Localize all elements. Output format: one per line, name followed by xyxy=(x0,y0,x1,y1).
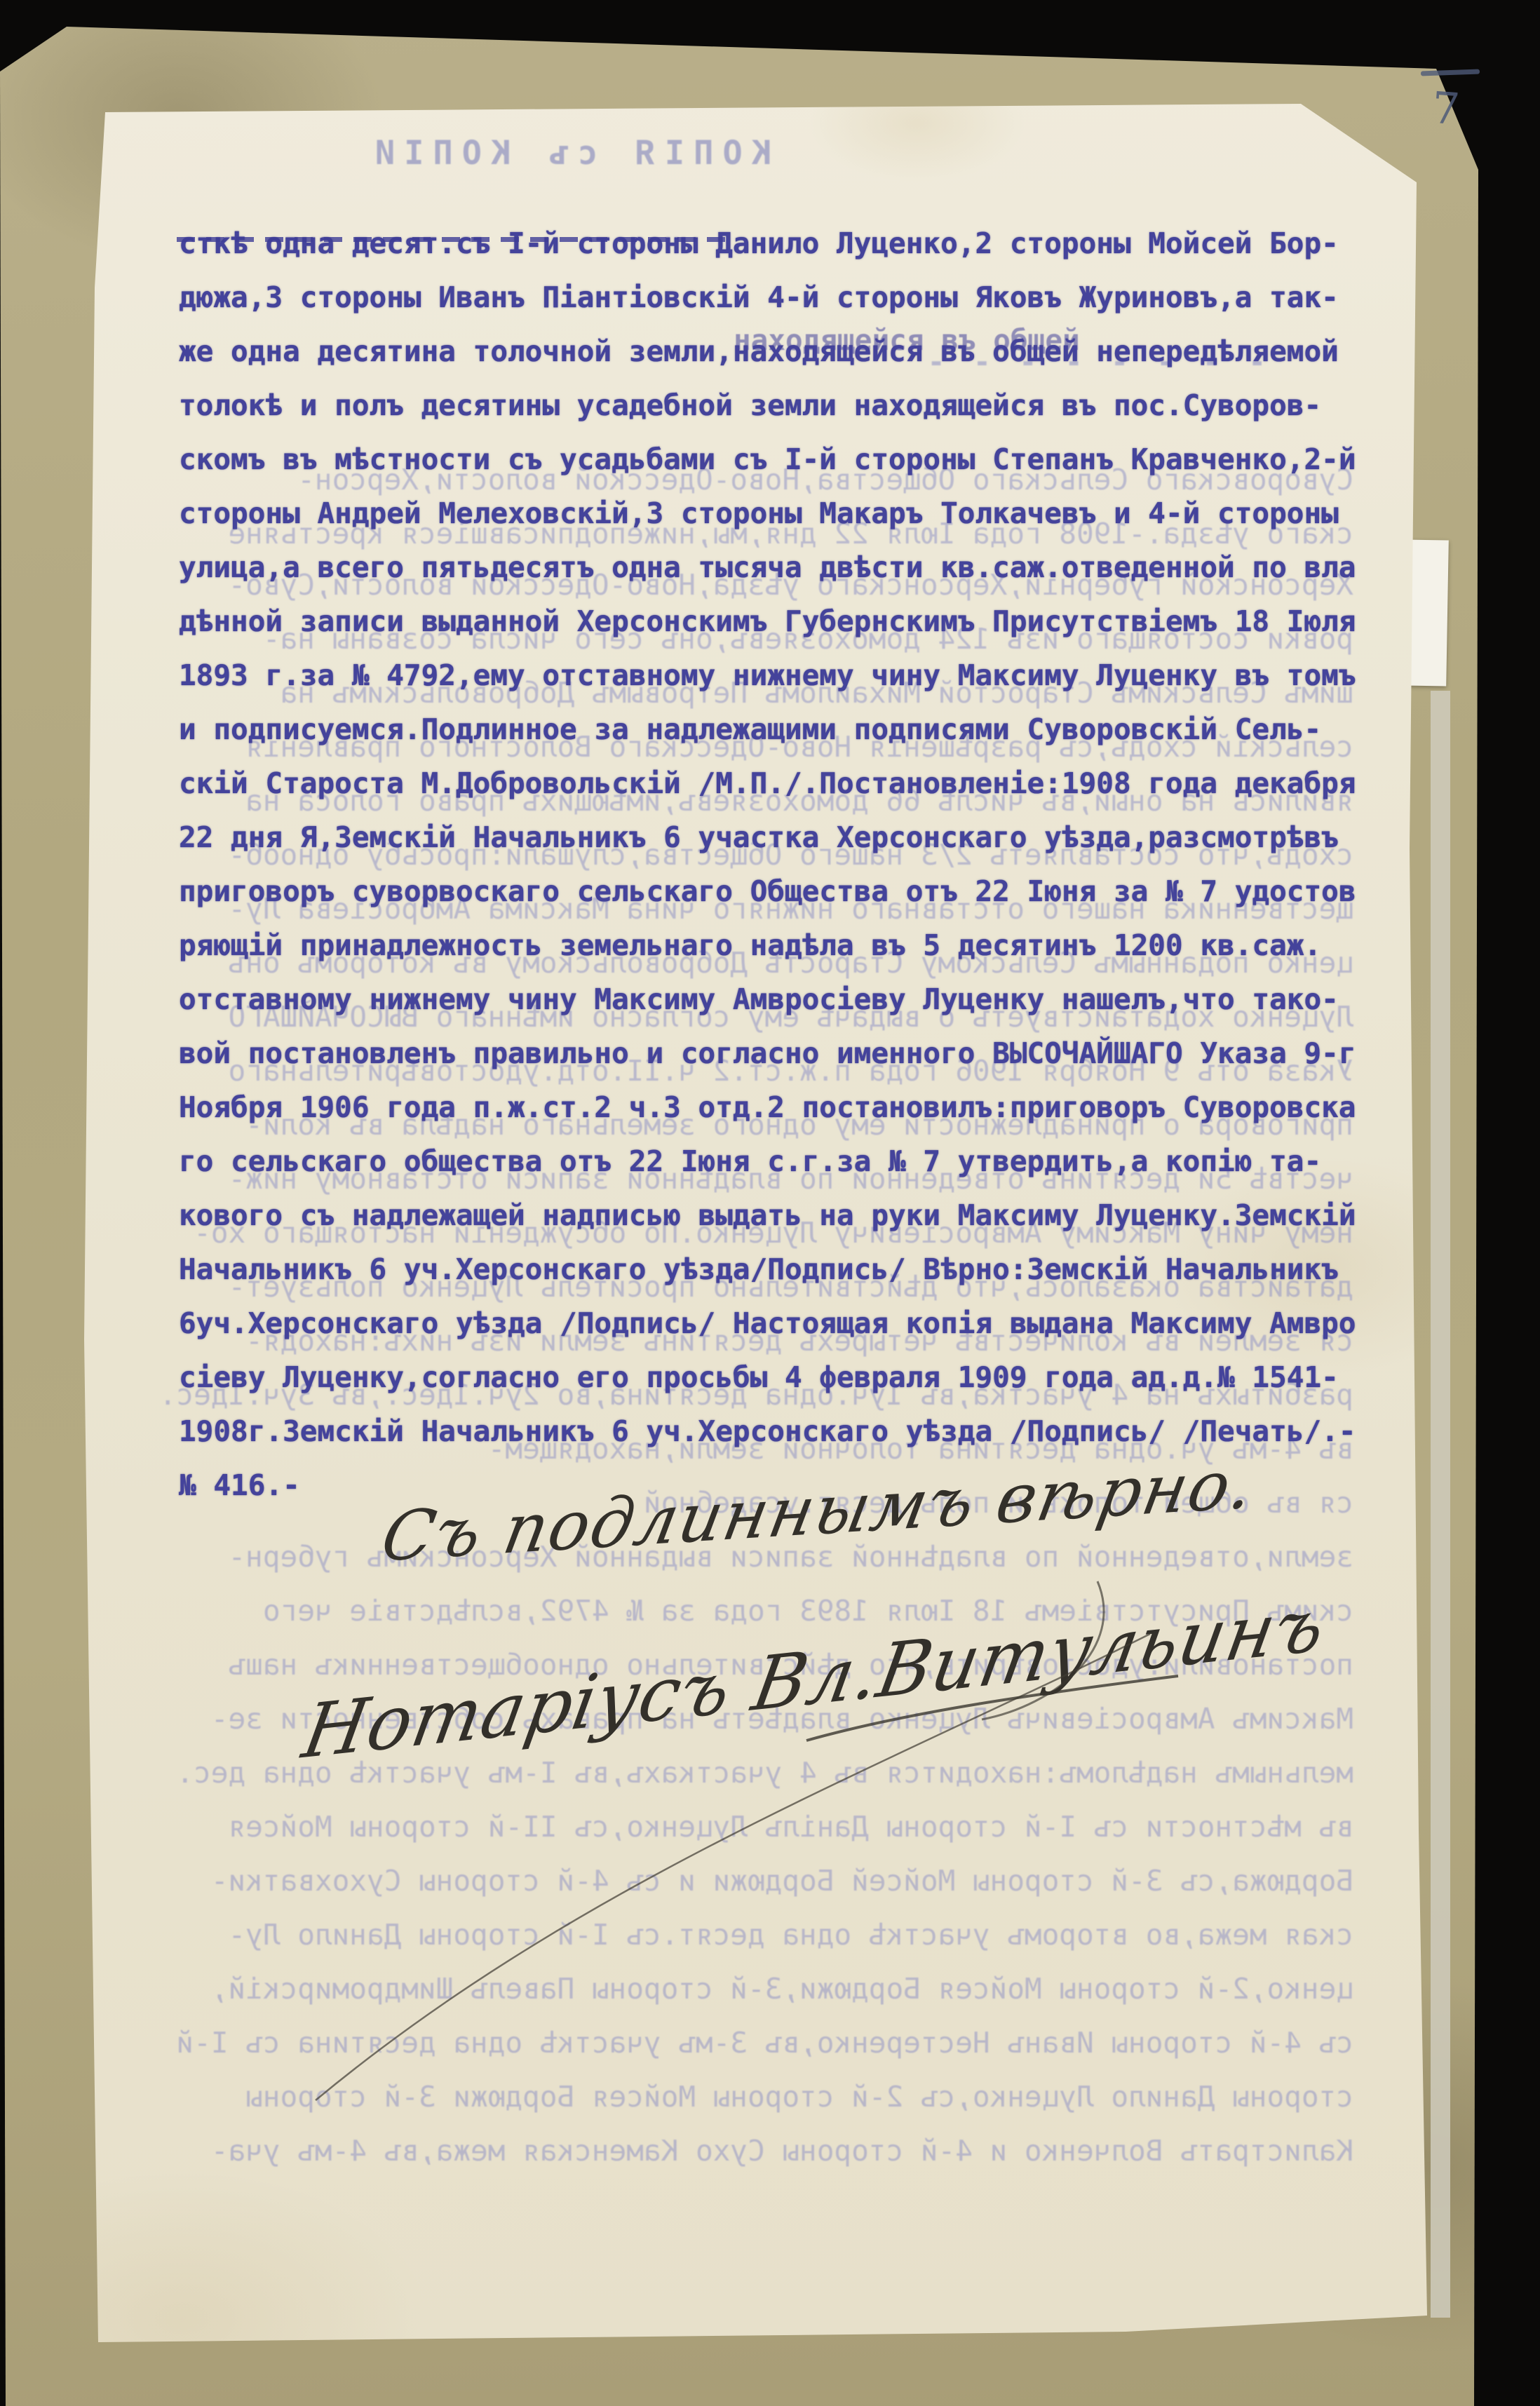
page-content: КОПІЯ съ КОПІИ- - - - - - - -Суворовскаг… xyxy=(0,0,1540,2406)
typed-text-layer: сткѣ одна десят.съ I-й стороны Данило Лу… xyxy=(179,217,1392,1513)
document-page: КОПІЯ съ КОПІИ- - - - - - - -Суворовскаг… xyxy=(74,77,1434,2365)
page-number: 7 xyxy=(1431,82,1461,135)
typed-text-line: улица,а всего пятьдесятъ одна тысяча двѣ… xyxy=(179,541,1392,595)
typed-text-line: толокѣ и полъ десятины усадебной земли н… xyxy=(179,379,1392,433)
second-sheet-edge xyxy=(1431,691,1450,2318)
typed-text-line: го сельскаго общества отъ 22 Іюня с.г.за… xyxy=(179,1135,1392,1189)
bleedthrough-line: ценко,2-й стороны Мойсея Бордюжи,3-й сто… xyxy=(123,1972,1353,2006)
overtype-fragment: находящейся въ общей xyxy=(734,323,1080,357)
typed-text-line: дюжа,3 стороны Иванъ Піантіовскій 4-й ст… xyxy=(179,271,1392,325)
typed-text-line: кового съ надлежащей надписью выдать на … xyxy=(179,1189,1392,1243)
bleedthrough-line: стороны Данило Луценко,съ 2-й стороны Мо… xyxy=(123,2080,1353,2114)
typed-text-line: приговоръ суворвоскаго сельскаго Обществ… xyxy=(179,865,1392,919)
typed-text-line: скій Староста М.Добровольскій /М.П./.Пос… xyxy=(179,757,1392,811)
bleedthrough-line: КОПІЯ съ КОПІИ xyxy=(174,137,771,170)
typed-text-line: дѣнной записи выданной Херсонскимъ Губер… xyxy=(179,595,1392,649)
typed-text-line: 6уч.Херсонскаго уѣзда /Подпись/ Настояща… xyxy=(179,1297,1392,1351)
typed-text-line: сіеву Луценку,согласно его просьбы 4 фев… xyxy=(179,1351,1392,1405)
typed-text-line: Начальникъ 6 уч.Херсонскаго уѣзда/Подпис… xyxy=(179,1243,1392,1297)
typed-text-line: скомъ въ мѣстности съ усадьбами съ I-й с… xyxy=(179,433,1392,487)
page-number-dash xyxy=(1421,69,1480,76)
typed-text-line: стороны Андрей Мелеховскій,3 стороны Мак… xyxy=(179,487,1392,541)
photo-backdrop: 7 КОПІЯ съ КОПІИ- - - - - - - -Суворовск… xyxy=(0,0,1540,2406)
bleedthrough-line: съ 4-й стороны Иванъ Нестеренко,въ 3-мъ … xyxy=(123,2026,1353,2060)
bleedthrough-line: ская межа,во второмъ участкѣ одна десят.… xyxy=(123,1918,1353,1952)
bleedthrough-line: Бордюжа,съ 3-й стороны Мойсей Бордюжи и … xyxy=(123,1864,1353,1898)
bleedthrough-line: Калистратъ Волченко и 4-й стороны Сухо К… xyxy=(123,2134,1353,2168)
typed-text-line: ряющій принадлежность земельнаго надѣла … xyxy=(179,919,1392,973)
typed-text-line: сткѣ одна десят.съ I-й стороны Данило Лу… xyxy=(179,217,1392,271)
typed-text-line: Ноября 1906 года п.ж.ст.2 ч.3 отд.2 пост… xyxy=(179,1081,1392,1135)
typed-text-line: отставному нижнему чину Максиму Амвросіе… xyxy=(179,973,1392,1027)
typed-text-line: 1893 г.за № 4792,ему отставному нижнему … xyxy=(179,649,1392,703)
typed-dash-strike xyxy=(177,237,731,242)
typed-text-line: вой постановленъ правильно и согласно им… xyxy=(179,1027,1392,1081)
bleedthrough-line: въ мѣстности съ I-й стороны Данілъ Луцен… xyxy=(123,1810,1353,1844)
typed-text-line: и подписуемся.Подлинное за надлежащими п… xyxy=(179,703,1392,757)
typed-text-line: 22 дня Я,Земскій Начальникъ 6 участка Хе… xyxy=(179,811,1392,865)
